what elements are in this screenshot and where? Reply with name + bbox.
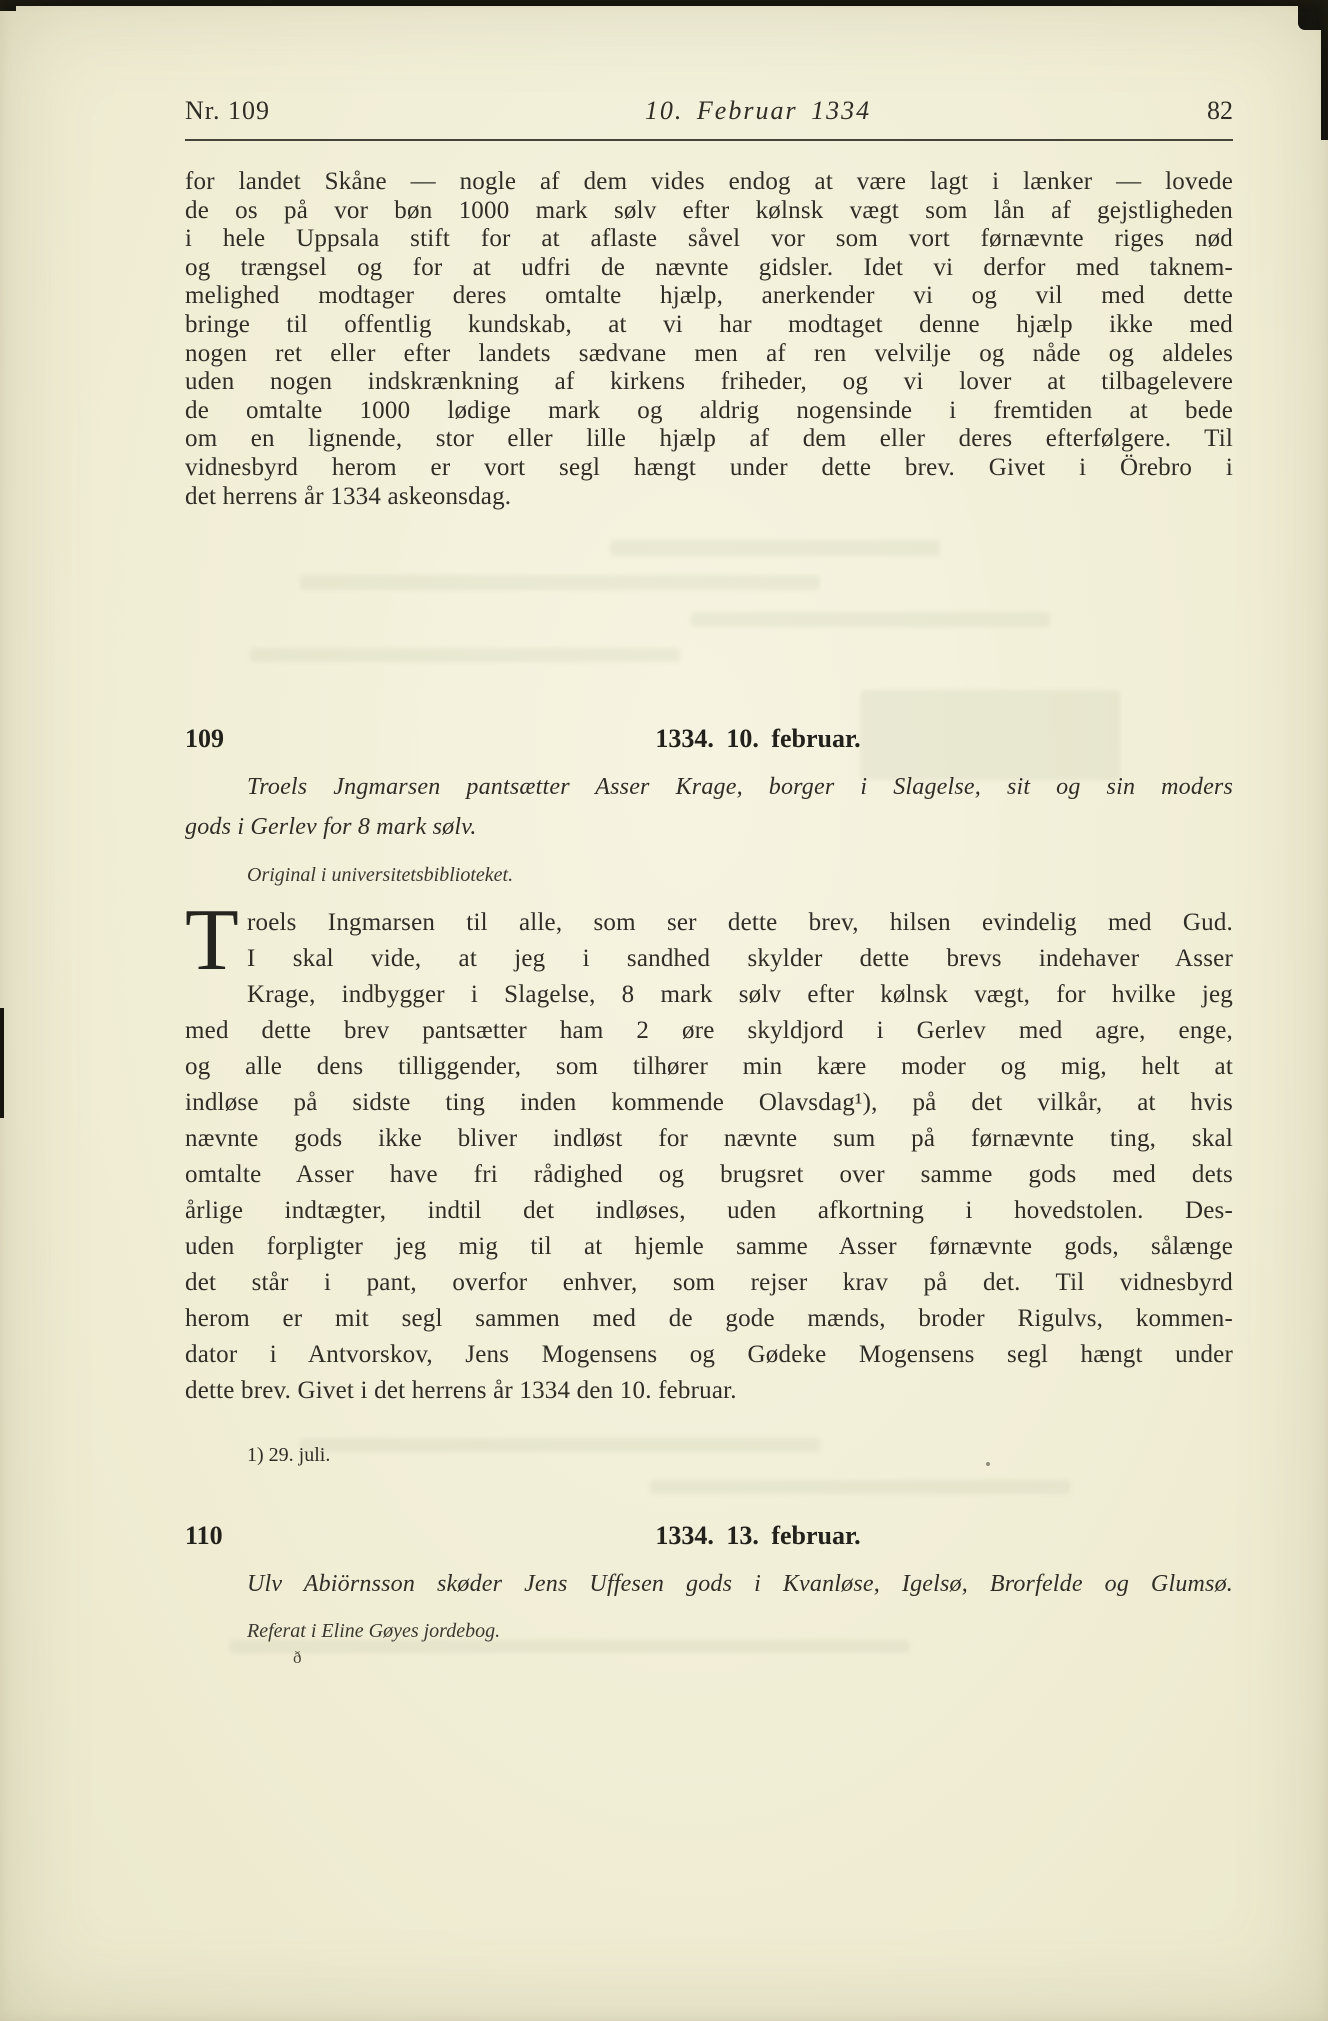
text-line: om en lignende, stor eller lille hjælp a… — [185, 425, 1233, 454]
text-line: og trængsel og for at udfri de nævnte gi… — [185, 254, 1233, 283]
document-110-source: Referat i Eline Gøyes jordebog. — [185, 1619, 1233, 1643]
document-110-heading: 110 1334. 13. februar. — [185, 1520, 1233, 1552]
text-line: med dette brev pantsætter ham 2 øre skyl… — [185, 1013, 1233, 1049]
running-head: Nr. 109 10. Februar 1334 82 — [185, 96, 1233, 141]
text-line: I skal vide, at jeg i sandhed skylder de… — [185, 941, 1233, 977]
document-110-number: 110 — [185, 1520, 223, 1552]
text-line: de omtalte 1000 lødige mark og aldrig no… — [185, 397, 1233, 426]
text-line: Troels Jngmarsen pantsætter Asser Krage,… — [185, 767, 1233, 807]
text-line: for landet Skåne — nogle af dem vides en… — [185, 168, 1233, 197]
text-line: nogen ret eller efter landets sædvane me… — [185, 340, 1233, 369]
footnote-1: 1) 29. juli. — [185, 1443, 1233, 1467]
text-line: i hele Uppsala stift for at aflaste såve… — [185, 225, 1233, 254]
text-line: uden nogen indskrænkning af kirkens frih… — [185, 368, 1233, 397]
document-109-heading: 109 1334. 10. februar. — [185, 723, 1233, 755]
document-109-lines: roels Ingmarsen til alle, som ser dette … — [185, 905, 1233, 1409]
text-line: indløse på sidste ting inden kommende Ol… — [185, 1085, 1233, 1121]
text-line: Krage, indbygger i Slagelse, 8 mark sølv… — [185, 977, 1233, 1013]
document-109-date: 1334. 10. februar. — [655, 723, 860, 755]
document-108-continuation: for landet Skåne — nogle af dem vides en… — [185, 168, 1233, 511]
text-line: dette brev. Givet i det herrens år 1334 … — [185, 1373, 1233, 1409]
text-line: og alle dens tilliggender, som tilhører … — [185, 1049, 1233, 1085]
text-line: omtalte Asser have fri rådighed og brugs… — [185, 1157, 1233, 1193]
text-line: melighed modtager deres omtalte hjælp, a… — [185, 282, 1233, 311]
text-block: Nr. 109 10. Februar 1334 82 for landet S… — [185, 0, 1233, 1643]
text-line: nævnte gods ikke bliver indløst for nævn… — [185, 1121, 1233, 1157]
scanned-book-page: Nr. 109 10. Februar 1334 82 for landet S… — [0, 0, 1328, 2021]
document-110-summary: Ulv Abiörnsson skøder Jens Uffesen gods … — [185, 1564, 1233, 1604]
document-109-text: T roels Ingmarsen til alle, som ser dett… — [185, 905, 1233, 1409]
scan-edge-right — [1321, 0, 1328, 140]
text-line: gods i Gerlev for 8 mark sølv. — [185, 807, 1233, 847]
scan-edge-left — [0, 1008, 4, 1118]
text-line: herom er mit segl sammen med de gode mæn… — [185, 1301, 1233, 1337]
page-number: 82 — [1207, 96, 1233, 126]
text-line: Ulv Abiörnsson skøder Jens Uffesen gods … — [185, 1564, 1233, 1604]
scan-edge-top-left — [0, 0, 16, 11]
document-109-summary: Troels Jngmarsen pantsætter Asser Krage,… — [185, 767, 1233, 847]
text-line: dator i Antvorskov, Jens Mogensens og Gø… — [185, 1337, 1233, 1373]
text-line: det herrens år 1334 askeonsdag. — [185, 483, 1233, 512]
text-line: uden forpligter jeg mig til at hjemle sa… — [185, 1229, 1233, 1265]
text-line: vidnesbyrd herom er vort segl hængt unde… — [185, 454, 1233, 483]
text-line: de os på vor bøn 1000 mark sølv efter kø… — [185, 197, 1233, 226]
document-109-number: 109 — [185, 723, 224, 755]
text-line: det står i pant, overfor enhver, som rej… — [185, 1265, 1233, 1301]
text-line: årlige indtægter, indtil det indløses, u… — [185, 1193, 1233, 1229]
dropcap-letter: T — [185, 908, 237, 978]
text-line: bringe til offentlig kundskab, at vi har… — [185, 311, 1233, 340]
text-line: roels Ingmarsen til alle, som ser dette … — [185, 905, 1233, 941]
document-109-source: Original i universitetsbiblioteket. — [185, 863, 1233, 887]
document-110-date: 1334. 13. februar. — [655, 1520, 860, 1552]
stray-ink-mark: ð — [293, 1648, 302, 1668]
running-head-date: 10. Februar 1334 — [234, 96, 1282, 126]
